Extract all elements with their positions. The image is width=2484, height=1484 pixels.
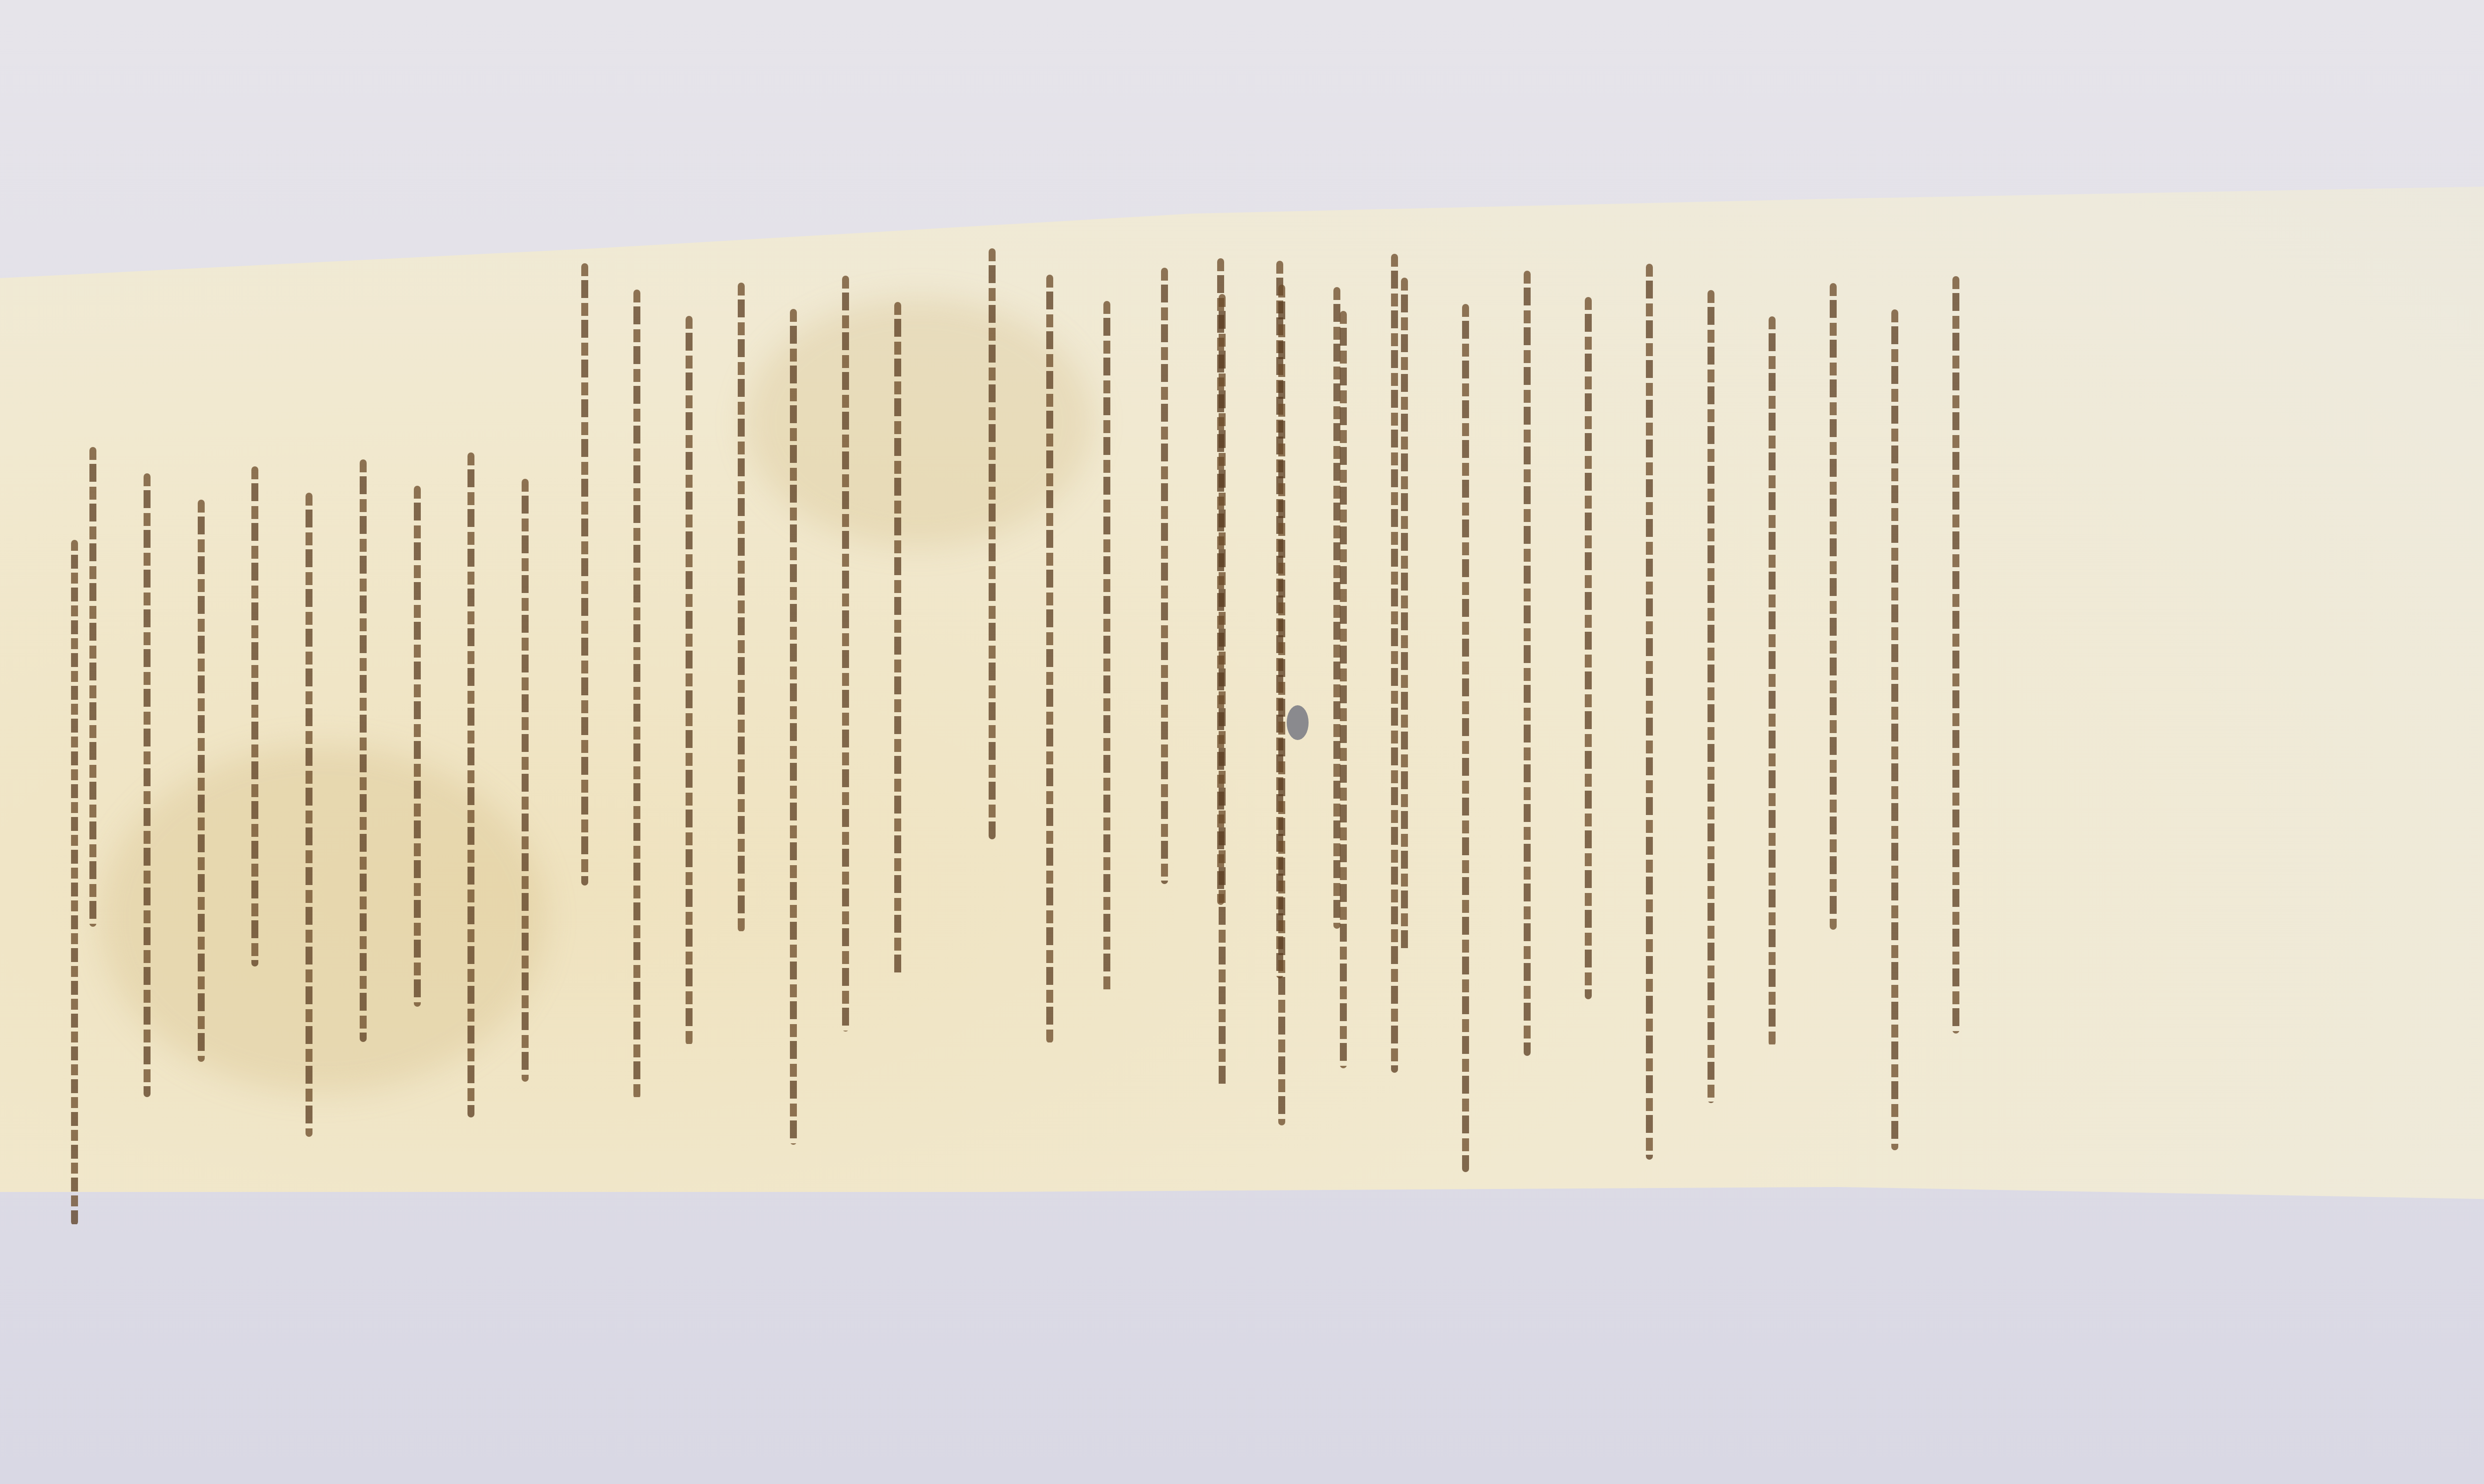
handwritten-line <box>467 452 474 1117</box>
script-note: illegible historical cursive (not transc… <box>0 0 0 0</box>
handwritten-line <box>1046 275 1053 1043</box>
handwritten-line <box>989 248 996 839</box>
handwritten-line <box>842 276 849 1032</box>
handwritten-line <box>89 447 96 927</box>
handwritten-line <box>1891 309 1898 1150</box>
handwritten-line <box>1708 290 1714 1103</box>
handwritten-line <box>1646 264 1653 1160</box>
handwritten-line <box>71 540 78 1225</box>
handwritten-line <box>1278 285 1285 1125</box>
handwritten-line <box>414 486 421 1007</box>
handwritten-line <box>790 309 797 1145</box>
handwritten-line <box>522 479 529 1082</box>
handwritten-line <box>1524 271 1531 1056</box>
handwritten-line <box>144 473 151 1097</box>
handwritten-line <box>686 316 693 1045</box>
handwritten-line <box>738 283 745 932</box>
handwritten-line <box>360 459 367 1042</box>
handwritten-line <box>1462 304 1469 1172</box>
handwritten-line <box>1952 276 1959 1034</box>
handwritten-line <box>1103 301 1110 993</box>
handwritten-line <box>1340 311 1347 1068</box>
handwritten-line <box>251 466 258 966</box>
handwritten-line <box>1391 254 1398 1073</box>
handwritten-line <box>306 493 312 1137</box>
handwritten-line <box>633 290 640 1099</box>
handwritten-line <box>581 263 588 886</box>
handwritten-line <box>1830 283 1837 930</box>
paper-stain <box>745 298 1093 546</box>
handwritten-line <box>198 500 205 1062</box>
handwritten-line <box>1769 316 1776 1046</box>
handwritten-line <box>1401 278 1408 952</box>
paper-hole <box>1287 705 1309 740</box>
handwritten-line <box>894 302 901 977</box>
handwritten-line <box>1217 258 1224 905</box>
handwritten-line <box>1161 268 1168 884</box>
handwritten-line <box>1585 297 1592 999</box>
paper-stain <box>99 745 546 1093</box>
